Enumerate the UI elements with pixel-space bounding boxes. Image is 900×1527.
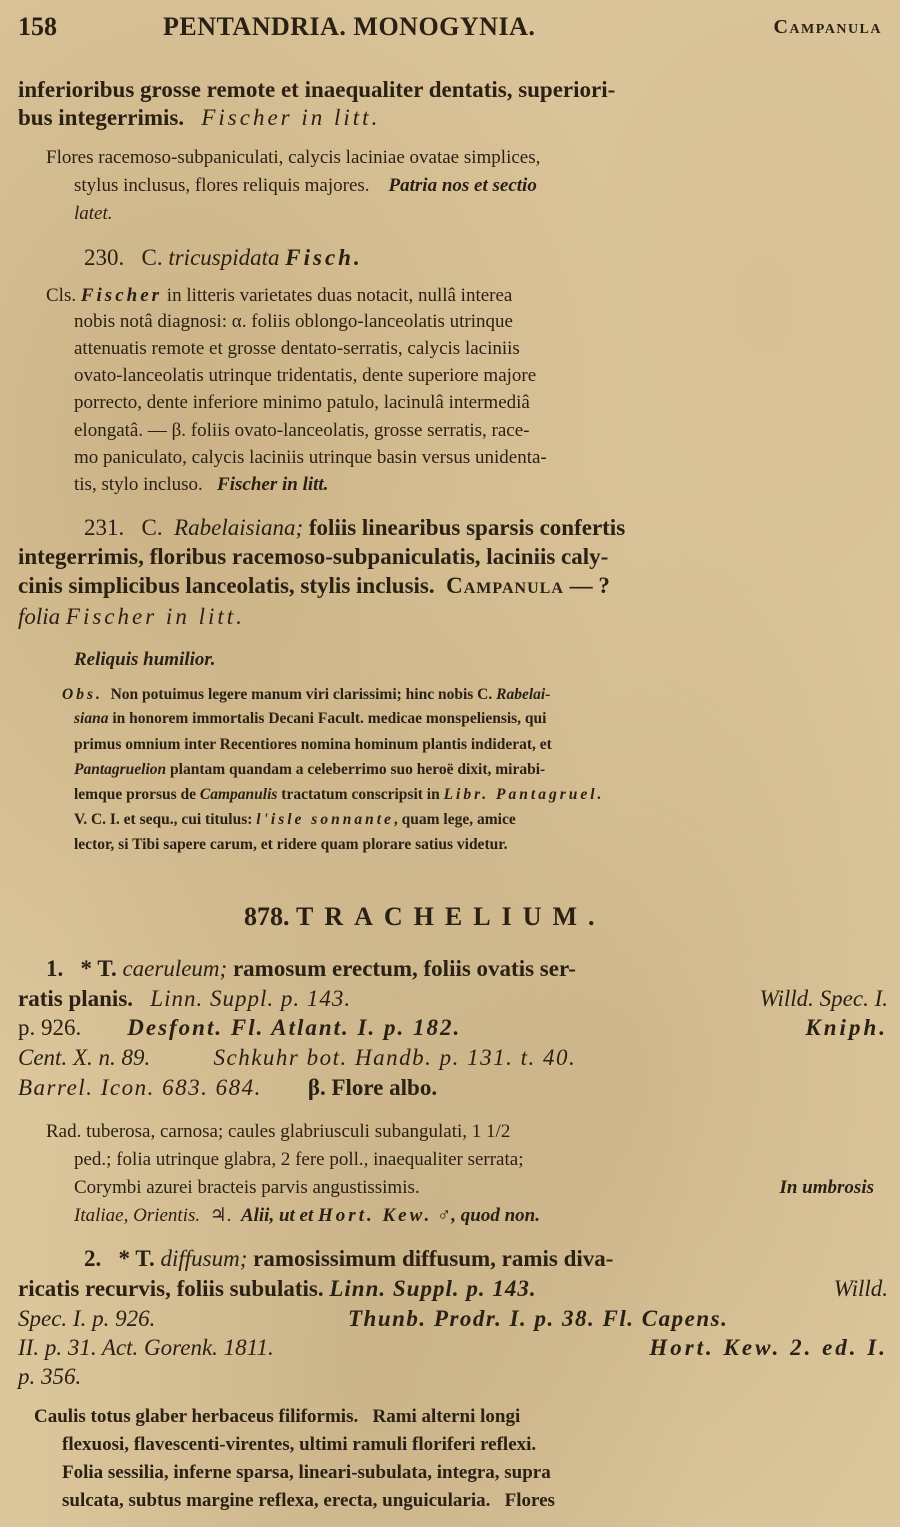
note-line-1: Flores racemoso-subpaniculati, calycis l…	[46, 146, 540, 170]
trachelium-1-line-4: Cent. X. n. 89. Schkuhr bot. Handb. p. 1…	[18, 1044, 576, 1071]
trachelium-2-line-2: ricatis recurvis, foliis subulatis. Linn…	[18, 1275, 888, 1302]
obs-line-4: Pantagruelion plantam quandam a celeberr…	[74, 758, 545, 782]
species-230-desc-1: Cls. Fischer in litteris varietates duas…	[46, 284, 512, 308]
continuation-line-2: bus integerrimis. Fischer in litt.	[18, 104, 380, 131]
trachelium-1-desc-4: Italiae, Orientis. ♃. Alii, ut et Hort. …	[74, 1204, 540, 1228]
obs-line-5: lemque prorsus de Campanulis tractatum c…	[74, 783, 604, 807]
obs-line-3: primus omnium inter Recentiores nomina h…	[74, 733, 552, 757]
species-230-heading: 230. C. tricuspidata Fisch.	[84, 244, 363, 271]
species-230-desc-2: nobis notâ diagnosi: α. foliis oblongo-l…	[74, 310, 513, 334]
trachelium-2-desc-1: Caulis totus glaber herbaceus filiformis…	[34, 1405, 520, 1429]
citation: Fischer in litt.	[201, 105, 380, 130]
species-230-desc-5: porrecto, dente inferiore minimo patulo,…	[74, 391, 530, 415]
species-230-desc-7: mo paniculato, calycis laciniis utrinque…	[74, 446, 547, 470]
page-title: PENTANDRIA. MONOGYNIA.	[163, 12, 535, 42]
species-231-line-2: integerrimis, floribus racemoso-subpanic…	[18, 543, 608, 570]
trachelium-1-desc-3: Corymbi azurei bracteis parvis angustiss…	[74, 1176, 874, 1200]
trachelium-1-line-1: 1. * T. caeruleum; ramosum erectum, foli…	[46, 955, 576, 982]
continuation-line-1: inferioribus grosse remote et inaequalit…	[18, 76, 615, 103]
biennial-symbol: ♂, quod non.	[437, 1205, 540, 1226]
trachelium-1-desc-2: ped.; folia utrinque glabra, 2 fere poll…	[74, 1148, 523, 1172]
obs-line-7: lector, si Tibi sapere carum, et ridere …	[74, 833, 508, 857]
species-230-desc-4: ovato-lanceolatis utrinque tridentatis, …	[74, 364, 536, 388]
trachelium-2-desc-4: sulcata, subtus margine reflexa, erecta,…	[62, 1489, 555, 1513]
obs-line-2: siana in honorem immortalis Decani Facul…	[74, 707, 546, 731]
trachelium-2-line-1: 2. * T. diffusum; ramosissimum diffusum,…	[84, 1245, 613, 1272]
species-231-line-3: cinis simplicibus lanceolatis, stylis in…	[18, 572, 610, 599]
trachelium-1-desc-1: Rad. tuberosa, carnosa; caules glabriusc…	[46, 1120, 510, 1144]
book-page: 158 PENTANDRIA. MONOGYNIA. Campanula inf…	[0, 0, 900, 1527]
running-header: 158 PENTANDRIA. MONOGYNIA. Campanula	[18, 12, 882, 48]
note-line-2: stylus inclusus, flores reliquis majores…	[74, 174, 537, 198]
perennial-symbol: ♃.	[210, 1205, 232, 1226]
trachelium-2-desc-3: Folia sessilia, inferne sparsa, lineari-…	[62, 1461, 551, 1485]
species-231-remark: Reliquis humilior.	[74, 648, 216, 672]
trachelium-1-line-2: ratis planis. Linn. Suppl. p. 143. Willd…	[18, 985, 888, 1012]
trachelium-2-line-5: p. 356.	[18, 1363, 81, 1390]
trachelium-1-line-3: p. 926. Desfont. Fl. Atlant. I. p. 182. …	[18, 1014, 888, 1041]
species-230-desc-8: tis, stylo incluso. Fischer in litt.	[74, 473, 328, 497]
species-231-line-1: 231. C. Rabelaisiana; foliis linearibus …	[84, 514, 625, 541]
species-230-desc-3: attenuatis remote et grosse dentato-serr…	[74, 337, 520, 361]
running-head-genus: Campanula	[773, 16, 882, 39]
species-230-desc-6: elongatâ. — β. foliis ovato-lanceolatis,…	[74, 419, 529, 443]
obs-line-1: Obs. Non potuimus legere manum viri clar…	[62, 683, 550, 707]
genus-heading: 878. TRACHELIUM.	[244, 902, 606, 932]
trachelium-2-line-4: II. p. 31. Act. Gorenk. 1811. Hort. Kew.…	[18, 1334, 888, 1361]
page-number: 158	[18, 12, 57, 42]
trachelium-1-line-5: Barrel. Icon. 683. 684. β. Flore albo.	[18, 1074, 437, 1101]
trachelium-2-desc-2: flexuosi, flavescenti-virentes, ultimi r…	[62, 1433, 536, 1457]
trachelium-2-line-3: Spec. I. p. 926. Thunb. Prodr. I. p. 38.…	[18, 1305, 888, 1332]
species-231-line-4: folia Fischer in litt.	[18, 603, 245, 630]
obs-line-6: V. C. I. et sequ., cui titulus: l'isle s…	[74, 808, 516, 832]
note-line-3: latet.	[74, 202, 113, 226]
